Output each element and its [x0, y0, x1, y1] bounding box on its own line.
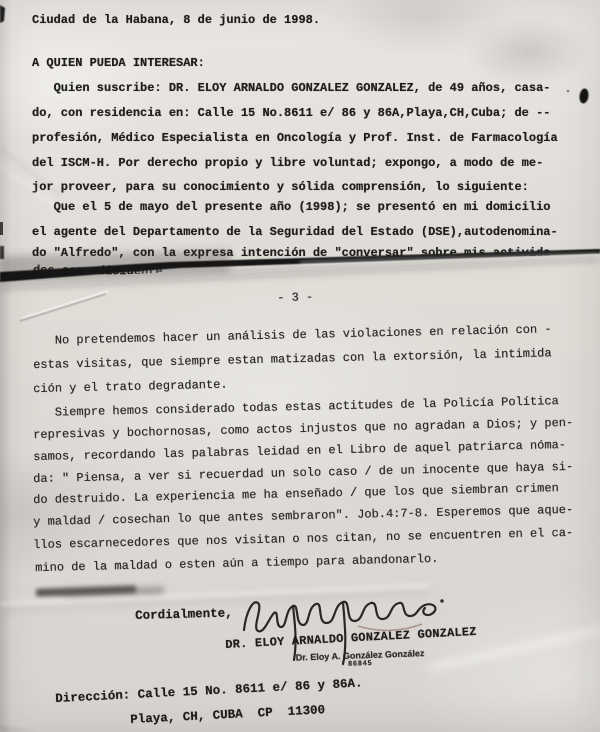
body-line: do "Alfredo", con la expresa intención d…	[32, 246, 558, 260]
body-line: do, con residencia en: Calle 15 No.8611 …	[32, 106, 550, 120]
body-line: Que el 5 de mayo del presente año (1998)…	[32, 200, 550, 214]
body-line: del ISCM-H. Por derecho propio y libre v…	[32, 156, 543, 170]
salutation-line: A QUIEN PUEDA INTERESAR:	[32, 56, 205, 70]
signature-underline	[358, 624, 422, 630]
signature-descender	[293, 606, 296, 660]
closing-line: Cordialmente,	[135, 606, 233, 623]
body-line: el agente del Departamento de la Segurid…	[32, 225, 558, 239]
letter-page-1: Ciudad de la Habana, 8 de junio de 1998.…	[0, 0, 600, 284]
date-line: Ciudad de la Habana, 8 de junio de 1998.	[32, 13, 320, 27]
body-line: jor proveer, para su conocimiento y sóli…	[32, 180, 529, 194]
handwritten-signature	[240, 584, 450, 676]
scanned-letter: Ciudad de la Habana, 8 de junio de 1998.…	[0, 0, 600, 732]
body-line: Quien suscribe: DR. ELOY ARNALDO GONZALE…	[32, 81, 550, 95]
signature-descender	[343, 602, 345, 664]
signature-dot	[440, 599, 443, 602]
body-line: profesión, Médico Especialista en Oncolo…	[32, 131, 558, 145]
signature-stroke	[244, 602, 425, 632]
page-number: - 3 -	[277, 290, 313, 305]
signature-stroke	[423, 604, 435, 615]
